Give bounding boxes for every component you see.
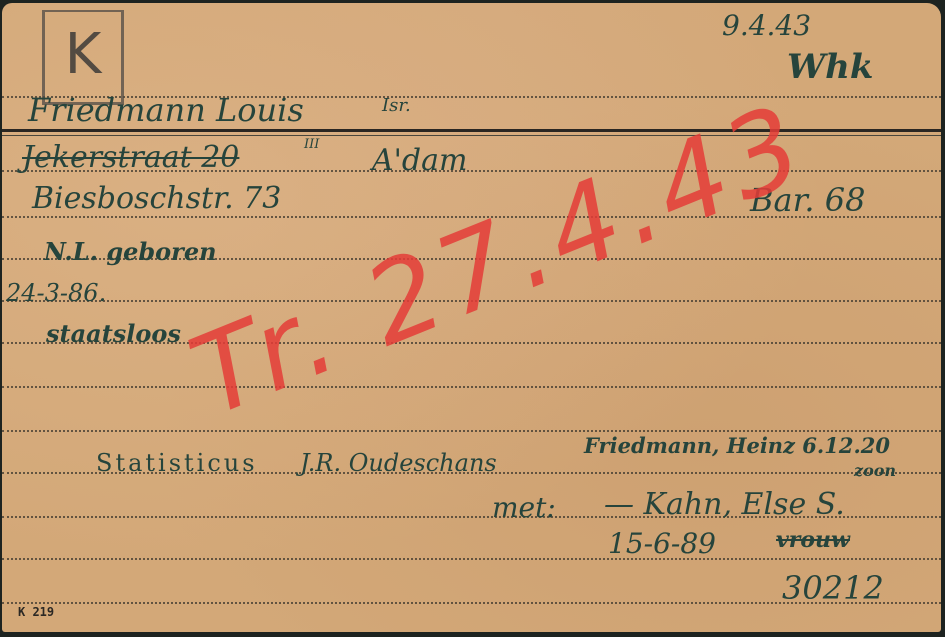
birth-date: 24-3-86. [6, 279, 106, 307]
ruled-line [2, 430, 941, 432]
spouse-name: — Kahn, Else S. [604, 487, 845, 522]
struck-word: vrouw [776, 527, 850, 553]
stamp-letter: K [65, 22, 102, 87]
full-name: Friedmann Louis [28, 91, 304, 129]
thin-rule [2, 135, 941, 136]
city: A'dam [372, 143, 467, 178]
marital-status: staatsloos [46, 319, 181, 348]
form-code: K 219 [18, 605, 54, 619]
ruled-line [2, 386, 941, 388]
nationality: N.L. geboren [44, 237, 217, 266]
religion: Isr. [382, 95, 411, 116]
spouse-birth-date: 15-6-89 [608, 527, 716, 560]
new-address: Biesboschstr. 73 [32, 181, 281, 216]
old-address-floor: III [304, 137, 319, 152]
card-number: 30212 [782, 569, 884, 607]
ruled-line [2, 558, 941, 560]
thick-rule [2, 129, 941, 132]
registration-card: K 9.4.43 Whk Friedmann Louis Isr. Jekers… [2, 3, 941, 632]
spouse-prefix: met: [492, 491, 556, 524]
employer: J.R. Oudeschans [300, 449, 497, 477]
relation-role: zoon [854, 461, 896, 480]
old-address-struck: Jekerstraat 20 [22, 140, 239, 175]
occupation: Statisticus [96, 449, 258, 477]
clerk-initials: Whk [787, 47, 873, 87]
registration-date: 9.4.43 [722, 9, 811, 42]
relation-name: Friedmann, Heinz 6.12.20 [584, 433, 890, 458]
